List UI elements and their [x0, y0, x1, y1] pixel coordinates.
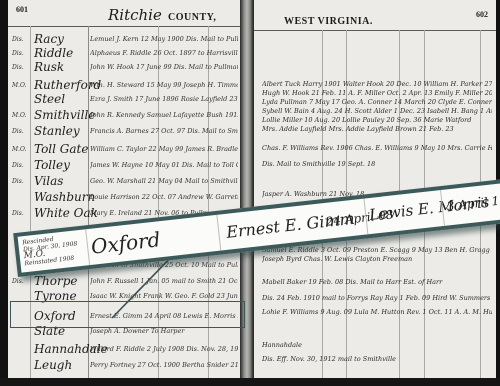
- appointment-entry: Willard F. Riddle 2 July 1908 Dis. Nov. …: [90, 345, 238, 353]
- ledger-row: Dis. Stanley Francis A. Barnes 27 Oct. 9…: [8, 122, 240, 142]
- status-code: Dis.: [12, 50, 24, 57]
- appointment-entry: Wm. H. Steward 15 May 99 Joseph H. Timmo…: [90, 81, 238, 89]
- appointment-entry: Ezra J. Smith 17 June 1896 Rosie Layfiel…: [90, 95, 238, 103]
- office-name: Vilas: [34, 174, 63, 188]
- status-code: M.O.: [12, 146, 27, 153]
- ledger-entry: Hannahdale: [262, 341, 492, 349]
- callout-note: Rescinded Dis. Apr. 30, 1908 M.O. Reinst…: [22, 233, 83, 267]
- ledger-entry: Samuel E. Riddle 3 Oct. 09 Preston E. Sc…: [262, 246, 492, 254]
- header-rule: [8, 26, 240, 27]
- page-number-left: 601: [16, 5, 28, 14]
- scan-edge-bottom: [0, 378, 500, 386]
- ledger-entry: Albert Tuck Harry 1901 Walter Hook 20 De…: [262, 80, 492, 88]
- scan-edge-left: [0, 0, 8, 386]
- ledger-row: Dis. Rusk John W. Hook 17 June 99 Dis. M…: [8, 58, 240, 78]
- status-code: Dis.: [12, 178, 24, 185]
- ledger-entry: Dis. Mail to Smithville 19 Sept. 18: [262, 160, 492, 168]
- ledger-entry: Mabell Baker 19 Feb. 08 Dis. Mail to Har…: [262, 278, 492, 286]
- status-code: Dis.: [12, 278, 24, 285]
- appointment-entry: John W. Hook 17 June 99 Dis. Mail to Pul…: [90, 63, 238, 71]
- appointment-entry: Geo. W. Marshall 21 May 04 Mail to Smith…: [90, 177, 238, 185]
- ledger-row: Leugh Perry Fortney 27 Oct. 1900 Bertha …: [8, 356, 240, 376]
- ledger-entry: Lohie F. Williams 9 Aug. 09 Lula M. Hutt…: [262, 308, 492, 316]
- ledger-entry: Hugh W. Hook 21 Feb. 11 A. F. Miller Oct…: [262, 89, 492, 97]
- office-name: Rusk: [34, 60, 64, 74]
- office-name: Smithville: [34, 108, 95, 122]
- appointment-entry: Lemuel J. Kern 12 May 1900 Dis. Mail to …: [90, 35, 238, 43]
- office-name: White Oak: [34, 206, 98, 220]
- ledger-entry: Chas. F. Williams Rev. 1906 Chas. E. Wil…: [262, 144, 492, 152]
- appointment-entry: Francis A. Barnes 27 Oct. 97 Dis. Mail t…: [90, 127, 238, 135]
- header-rule: [254, 30, 496, 31]
- ledger-scan: 601 Ritchie COUNTY, Dis. Racy Lemuel J. …: [0, 0, 500, 386]
- ledger-entry: Dis. Eff. Nov. 30, 1912 mail to Smithvil…: [262, 355, 492, 363]
- state-label: WEST VIRGINIA.: [284, 16, 373, 27]
- ledger-entry: Dis. 24 Feb. 1910 mail to Forrys Ray Ray…: [262, 294, 492, 302]
- appointment-entry: Alphaeus F. Riddle 26 Oct. 1897 to Harri…: [90, 49, 238, 57]
- ledger-entry: Lollie Miller 10 Aug. 20 Lollie Pauley 2…: [262, 116, 492, 124]
- office-name: Steel: [34, 92, 65, 106]
- ledger-entry: Lyda Pullman 7 May 17 Geo. A. Conner 14 …: [262, 98, 492, 106]
- highlight-box: [10, 301, 245, 328]
- office-name: Stanley: [34, 124, 80, 138]
- callout-office: Oxford: [90, 227, 162, 258]
- appointment-entry: John F. Russell 1 Jan. 05 mail to Smith …: [90, 277, 238, 285]
- status-code: Dis.: [12, 128, 24, 135]
- page-number-right: 602: [476, 10, 488, 19]
- office-name: Tolley: [34, 158, 70, 172]
- status-code: M.O.: [12, 112, 27, 119]
- appointment-entry: William C. Taylor 22 May 99 James R. Bra…: [90, 145, 238, 153]
- ledger-entry: Sybell W. Bain 4 Aug. 24 H. Scott Alder …: [262, 107, 492, 115]
- office-name: Thorpe: [34, 274, 77, 288]
- status-code: Dis.: [12, 210, 24, 217]
- status-code: Dis.: [12, 64, 24, 71]
- appointment-entry: Isaac W. Knight Frank W. Geo. F. Gold 23…: [90, 292, 238, 300]
- ledger-entry: Mrs. Addie Layfield Mrs. Addie Layfield …: [262, 125, 492, 133]
- county-label: COUNTY,: [168, 12, 216, 23]
- appointment-entry: Louie Harrison 22 Oct. 07 Andrew W. Garr…: [90, 193, 238, 201]
- office-name: Leugh: [34, 358, 72, 372]
- status-code: Dis.: [12, 36, 24, 43]
- ledger-entry: Joseph Byrd Chas. W. Lewis Clayton Freem…: [262, 255, 492, 263]
- column-divider: [216, 215, 221, 251]
- appointment-entry: John R. Kennedy Samuel Lafayette Bush 19…: [90, 111, 238, 119]
- book-gutter: [240, 0, 254, 386]
- office-name: Washburn: [34, 190, 95, 204]
- appointment-entry: Perry Fortney 27 Oct. 1900 Bertha Snider…: [90, 361, 238, 369]
- office-name: Toll Gate: [34, 142, 88, 156]
- appointment-entry: James W. Hayne 10 May 01 Dis. Mail to To…: [90, 161, 238, 169]
- status-code: Dis.: [12, 162, 24, 169]
- appointment-entry: Joseph A. Downer To Harper: [90, 327, 238, 335]
- status-code: M.O.: [12, 82, 27, 89]
- county-name: Ritchie: [108, 6, 162, 24]
